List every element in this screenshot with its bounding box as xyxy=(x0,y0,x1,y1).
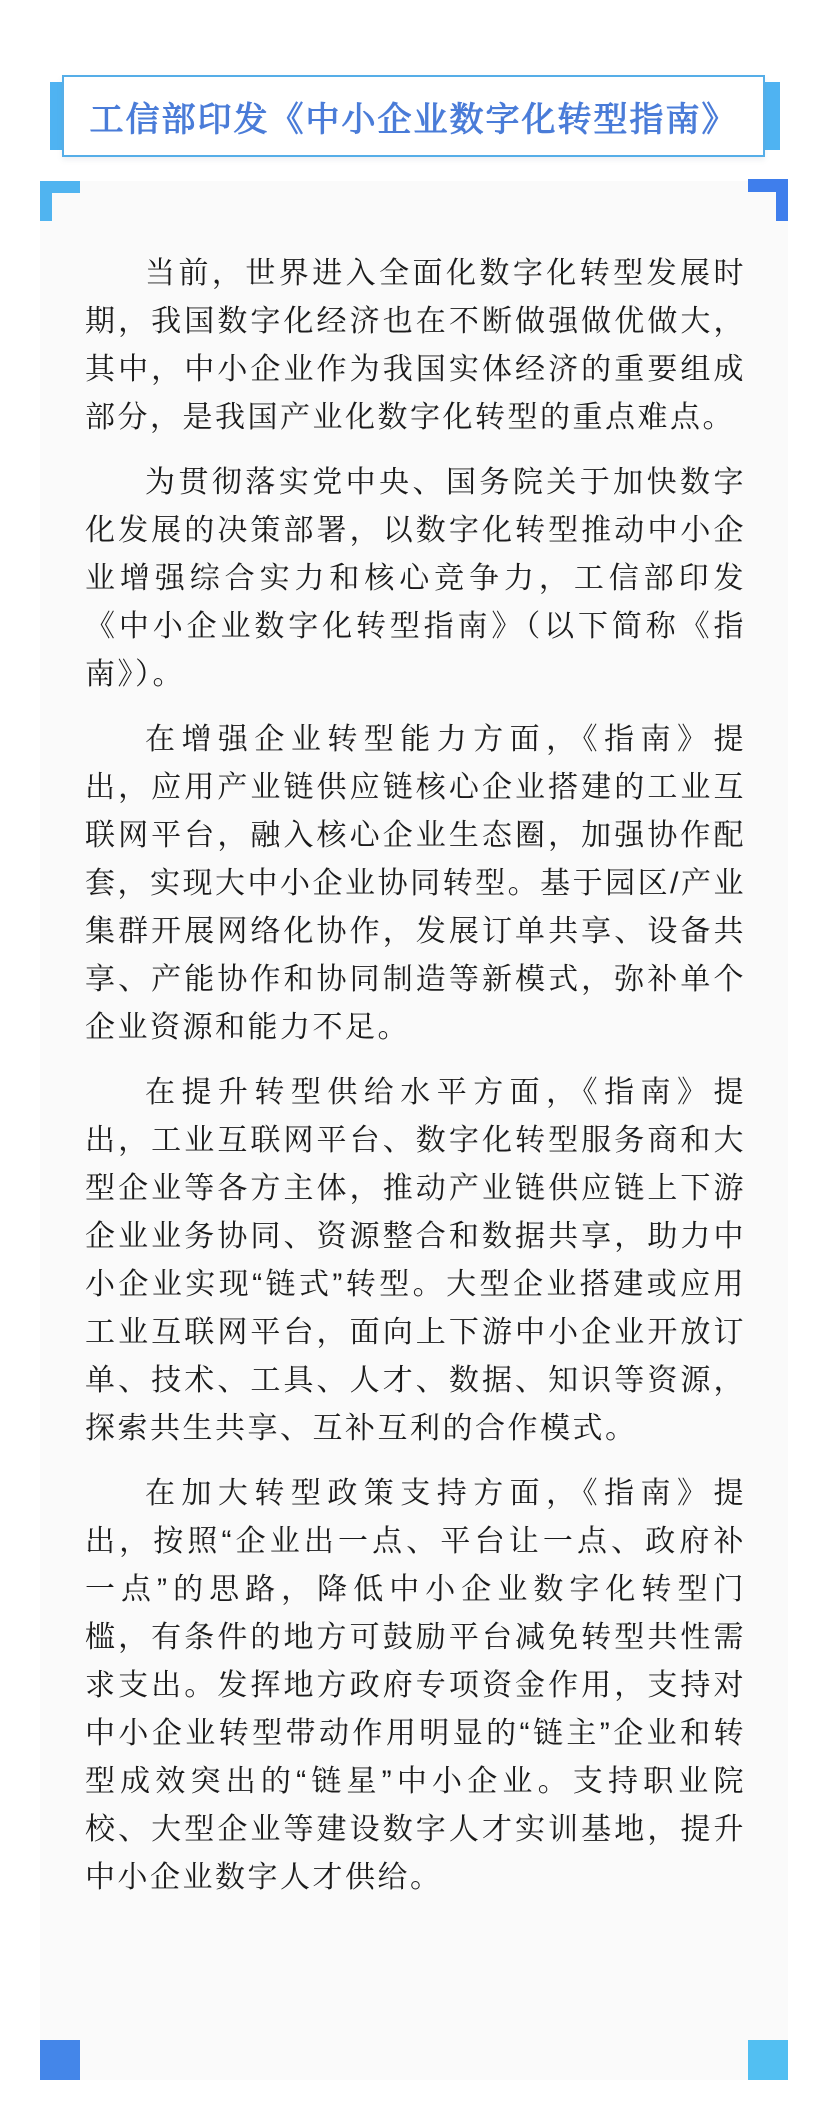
paragraph: 在增强企业转型能力方面，《指南》提出，应用产业链供应链核心企业搭建的工业互联网平… xyxy=(85,716,746,1052)
corner-square-bottom-right xyxy=(748,2040,788,2080)
article-page: 工信部印发《中小企业数字化转型指南》 当前，世界进入全面化数字化转型发展时期，我… xyxy=(0,0,828,2117)
paragraph: 当前，世界进入全面化数字化转型发展时期，我国数字化经济也在不断做强做优做大，其中… xyxy=(85,250,746,442)
corner-square-bottom-left xyxy=(40,2040,80,2080)
paragraph: 为贯彻落实党中央、国务院关于加快数字化发展的决策部署，以数字化转型推动中小企业增… xyxy=(85,459,746,699)
article-body: 当前，世界进入全面化数字化转型发展时期，我国数字化经济也在不断做强做优做大，其中… xyxy=(40,181,788,1919)
page-title: 工信部印发《中小企业数字化转型指南》 xyxy=(90,92,738,141)
content-card: 当前，世界进入全面化数字化转型发展时期，我国数字化经济也在不断做强做优做大，其中… xyxy=(40,181,788,2080)
paragraph: 在加大转型政策支持方面，《指南》提出，按照“企业出一点、平台让一点、政府补一点”… xyxy=(85,1470,746,1902)
title-box: 工信部印发《中小企业数字化转型指南》 xyxy=(62,75,765,157)
paragraph: 在提升转型供给水平方面，《指南》提出，工业互联网平台、数字化转型服务商和大型企业… xyxy=(85,1069,746,1453)
